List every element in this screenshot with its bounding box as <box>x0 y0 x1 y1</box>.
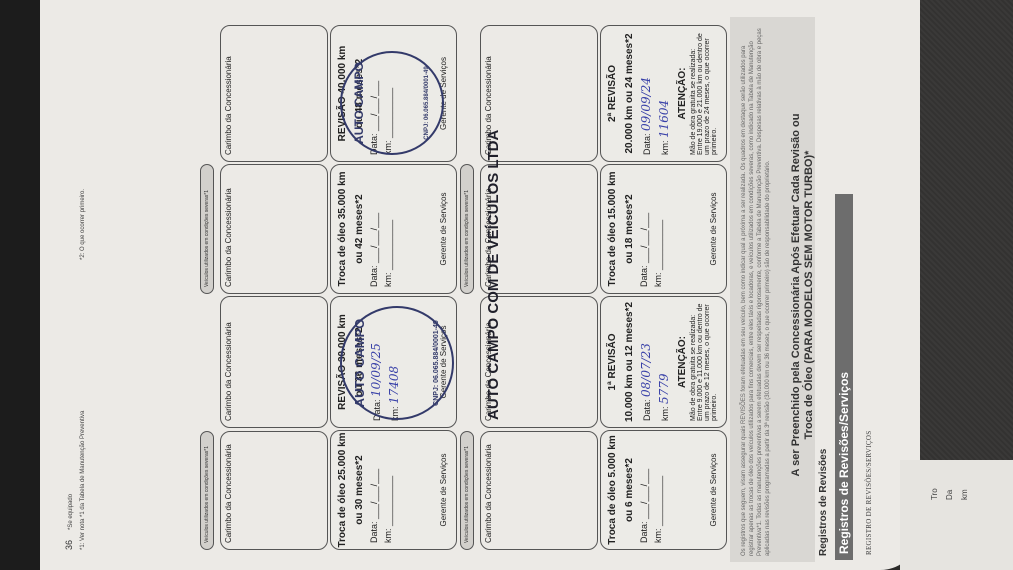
round-dealer-stamp: AUTO CAMPO CNPJ: 06.065.884/0001-49 <box>340 51 444 155</box>
card-oil-35000: Troca de óleo 35.000 km ou 42 meses*2 Da… <box>330 164 457 294</box>
km-field[interactable]: km: __________ <box>653 437 663 543</box>
card-revision-2: 2ª REVISÃO 20.000 km ou 24 meses*2 Data:… <box>600 25 727 162</box>
severe-use-label: Veículos utilizados em condições severas… <box>200 164 214 294</box>
card-subtitle: ou 18 meses*2 <box>624 165 635 293</box>
right-fragment: Tro <box>930 488 939 500</box>
right-fragment: km <box>960 489 969 500</box>
section-subtitle: Registros de Revisões <box>818 449 829 556</box>
footnote-1: *1: Ver nota *1 da Tabela de Manutenção … <box>80 411 86 550</box>
date-field[interactable]: Data: ___/___/___ <box>639 171 649 287</box>
right-fragment: Da <box>945 490 954 500</box>
manager-label: Gerente de Serviços <box>439 165 448 293</box>
card-subtitle: 10.000 km ou 12 meses*2 <box>624 297 635 427</box>
section-heading: A ser Preenchido pela Concessionária Apó… <box>790 60 816 530</box>
km-field[interactable]: km: __________ <box>653 171 663 287</box>
heading-line-1: A ser Preenchido pela Concessionária Apó… <box>790 60 803 530</box>
document-rotated: REGISTRO DE REVISÕES/SERVIÇOS Registros … <box>40 0 920 570</box>
severe-use-label: Veículos utilizados em condições severas… <box>460 164 474 294</box>
date-field[interactable]: Data: ___/___/___ <box>369 437 379 543</box>
card-oil-25000: Troca de óleo 25.000 km ou 30 meses*2 Da… <box>330 430 457 550</box>
manager-label: Gerente de Serviços <box>709 165 718 293</box>
manager-label: Gerente de Serviços <box>709 431 718 549</box>
card-oil-5000: Troca de óleo 5.000 km ou 6 meses*2 Data… <box>600 430 727 550</box>
km-field[interactable]: km: 11604 <box>657 32 671 155</box>
card-title: Troca de óleo 25.000 km <box>337 431 348 549</box>
page-number: 36 <box>64 540 74 550</box>
footnote-3: *Se equipado <box>68 494 74 530</box>
card-note: Mão de obra gratuita se realizada: Entre… <box>690 32 718 155</box>
card-title: Troca de óleo 15.000 km <box>607 165 618 293</box>
page-title: Registros de Revisões/Serviços <box>835 194 853 560</box>
severe-use-label: Veículos utilizados em condições severas… <box>200 431 214 550</box>
card-subtitle: ou 42 meses*2 <box>354 165 365 293</box>
dealer-stamp-box: Carimbo da Concessionária <box>220 431 328 550</box>
dealer-stamp-box: Carimbo da Concessionária <box>480 431 598 550</box>
card-oil-15000: Troca de óleo 15.000 km ou 18 meses*2 Da… <box>600 164 727 294</box>
card-revision-1: 1ª REVISÃO 10.000 km ou 12 meses*2 Data:… <box>600 296 727 428</box>
footnote-2: *2: O que ocorrer primeiro. <box>80 189 86 260</box>
attention-label: ATENÇÃO: <box>677 26 688 161</box>
card-title: 1ª REVISÃO <box>607 297 618 427</box>
date-field[interactable]: Data: ___/___/___ <box>369 171 379 287</box>
severe-use-label: Veículos utilizados em condições severas… <box>460 431 474 550</box>
card-title: Troca de óleo 35.000 km <box>337 165 348 293</box>
dealer-stamp-box: Carimbo da Concessionária <box>220 296 328 428</box>
dealer-stamp-box: Carimbo da Concessionária <box>220 164 328 294</box>
round-dealer-stamp: AUTO CAMPO CNPJ: 06.065.884/0001-49 <box>340 306 454 420</box>
heading-line-2: Troca de Óleo (PARA MODELOS SEM MOTOR TU… <box>803 60 816 530</box>
card-subtitle: ou 6 meses*2 <box>624 431 635 549</box>
km-field[interactable]: km: __________ <box>383 437 393 543</box>
dealer-name-stamp: AUTO CAMPO COM DE VEÍCULOS LTDA <box>485 130 502 420</box>
intro-text: Os registros que seguem, visam assegurar… <box>740 26 772 556</box>
card-title: Troca de óleo 5.000 km <box>607 431 618 549</box>
date-field[interactable]: Data: ___/___/___ <box>639 437 649 543</box>
card-note: Mão de obra gratuita se realizada: Entre… <box>690 303 718 421</box>
dealer-stamp-box: Carimbo da Concessionária <box>220 25 328 162</box>
running-header: REGISTRO DE REVISÕES/SERVIÇOS <box>865 431 873 555</box>
date-field[interactable]: Data: 08/07/23 <box>639 303 653 421</box>
manager-label: Gerente de Serviços <box>439 431 448 549</box>
date-field[interactable]: Data: 09/09/24 <box>639 32 653 155</box>
card-subtitle: ou 30 meses*2 <box>354 431 365 549</box>
km-field[interactable]: km: __________ <box>383 171 393 287</box>
km-field[interactable]: km: 5779 <box>657 303 671 421</box>
attention-label: ATENÇÃO: <box>677 297 688 427</box>
card-title: 2ª REVISÃO <box>607 26 618 161</box>
card-subtitle: 20.000 km ou 24 meses*2 <box>624 26 635 161</box>
